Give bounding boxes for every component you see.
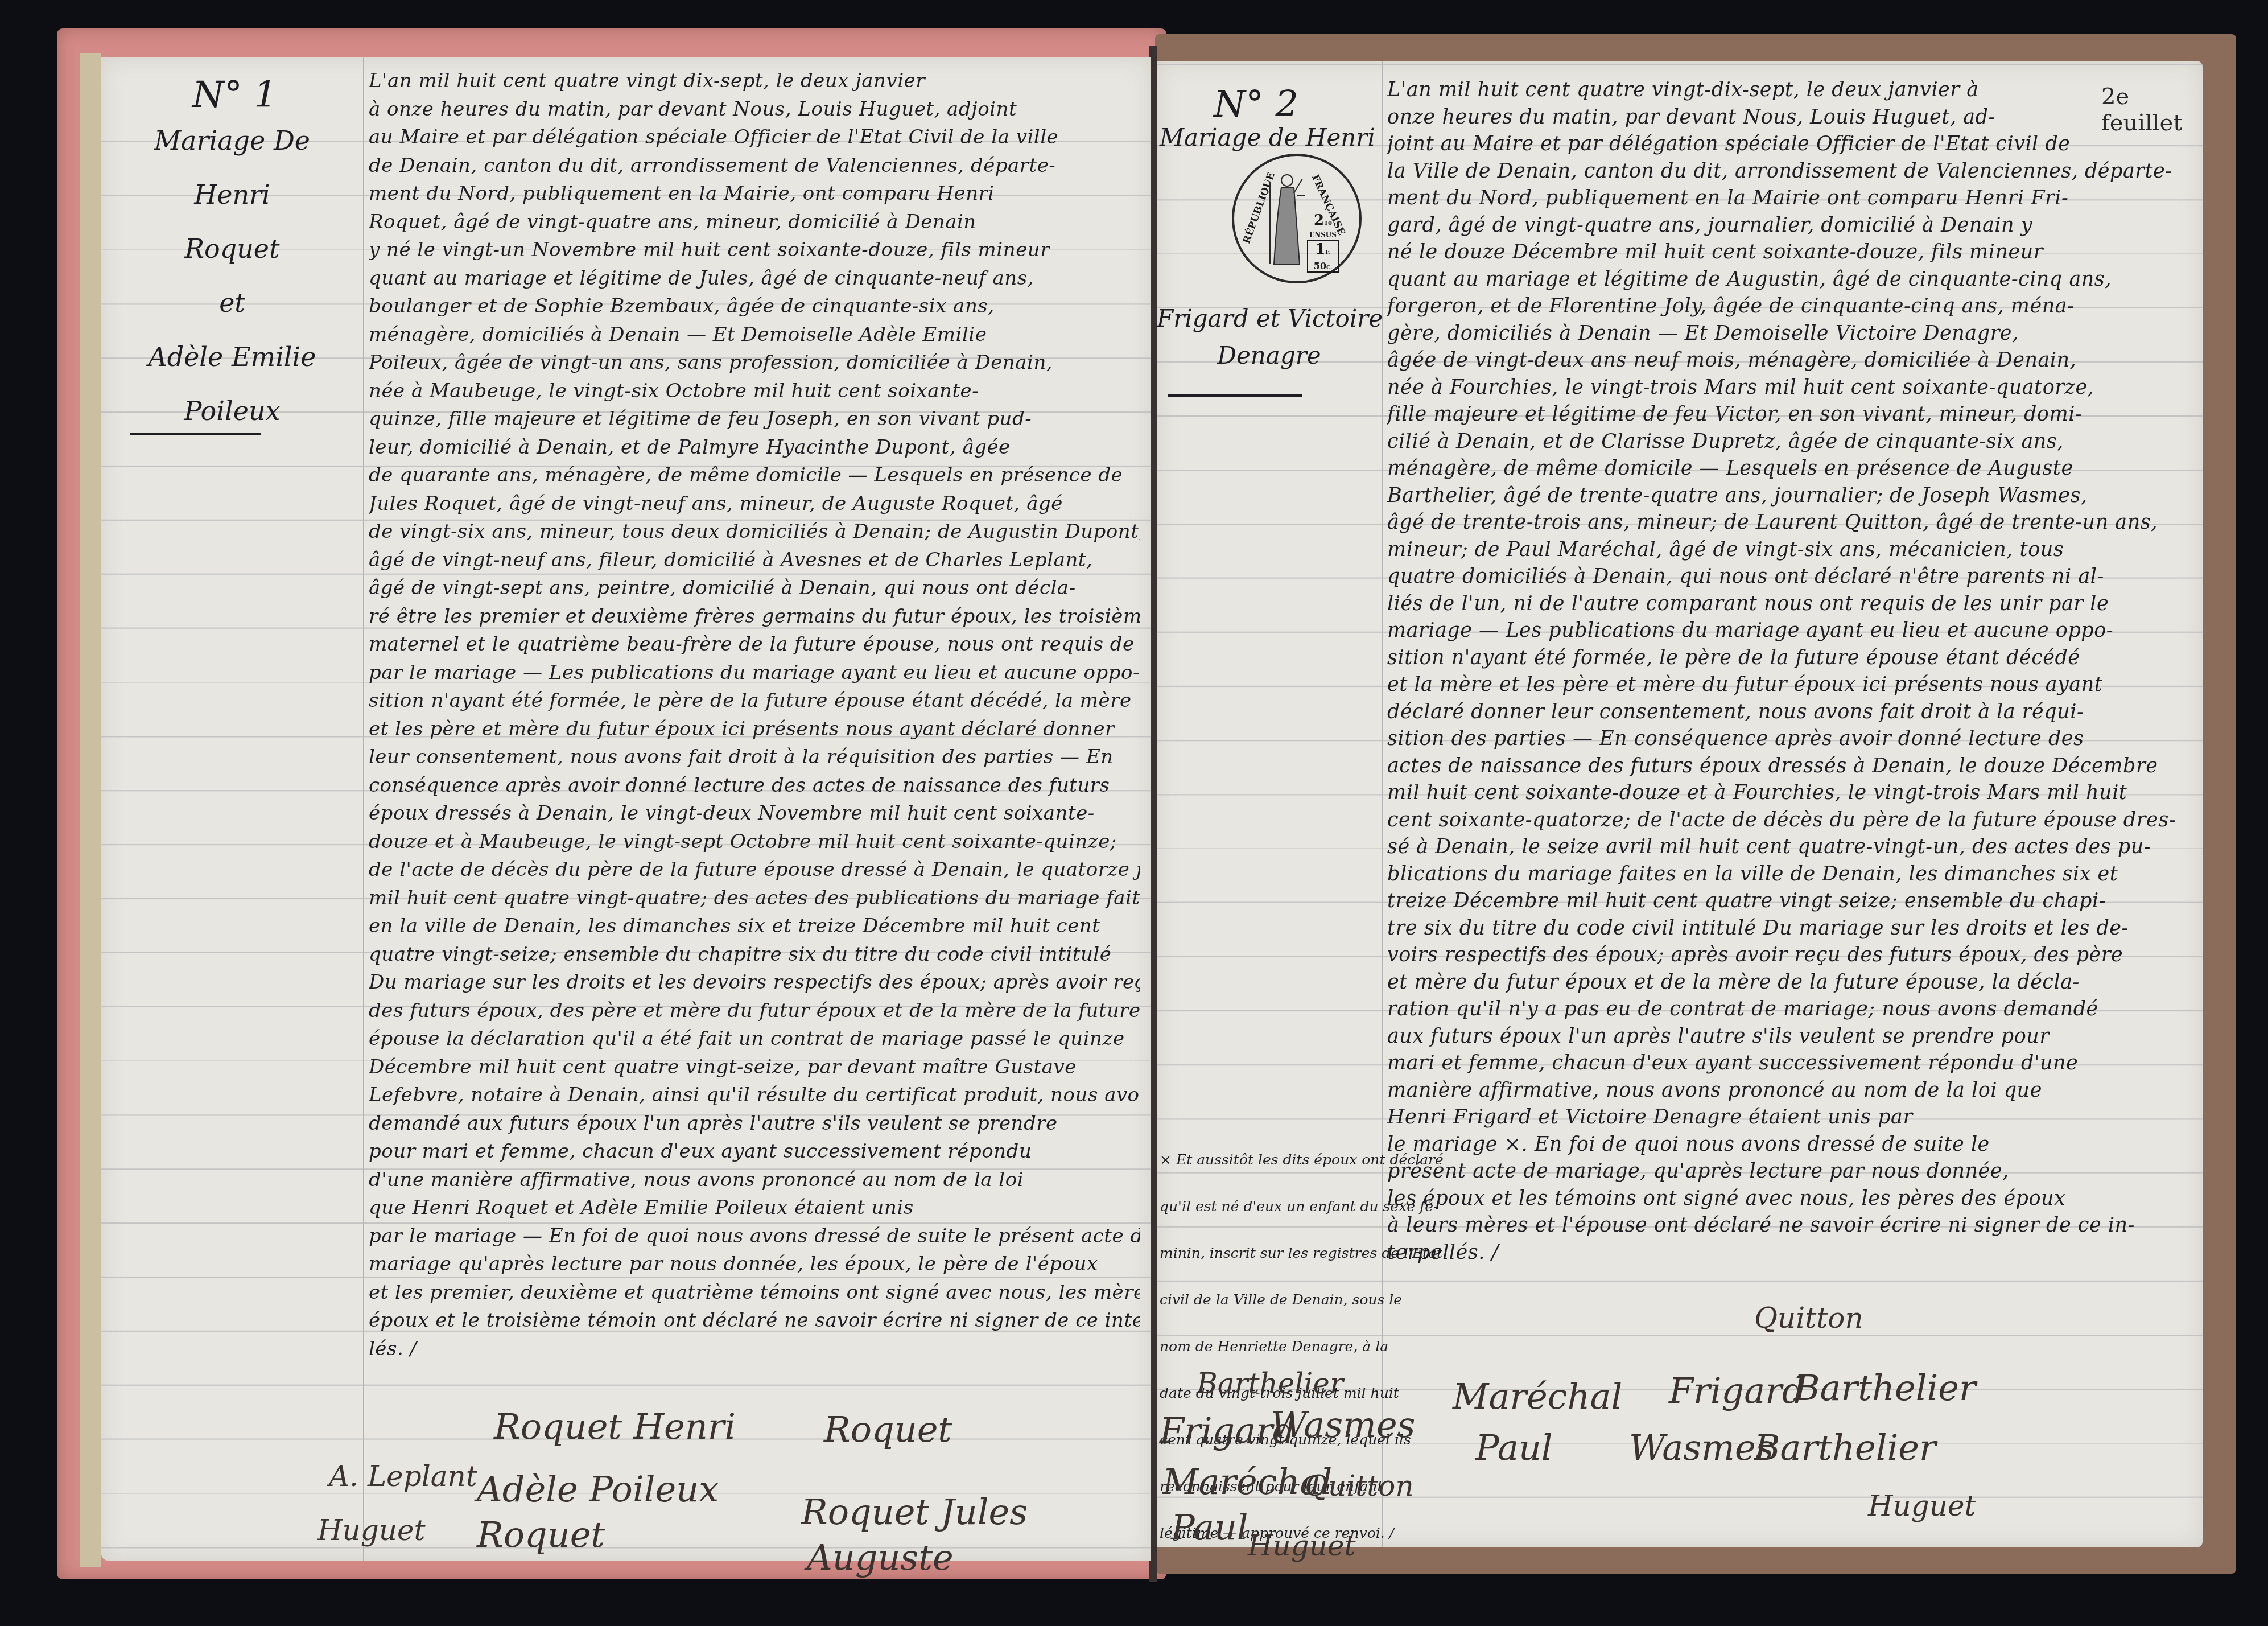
body-line: lés. /	[369, 1335, 1140, 1364]
body-line: Barthelier, âgé de trente-quatre ans, jo…	[1387, 483, 2189, 510]
separator-rule	[130, 433, 261, 435]
signature: Roquet Henri	[494, 1406, 736, 1447]
margin-line	[363, 57, 364, 1561]
margin-title: Mariage de Henri	[1160, 124, 1375, 151]
body-line: L'an mil huit cent quatre vingt-dix-sept…	[1387, 77, 2189, 104]
body-line: voirs respectifs des époux; après avoir …	[1387, 942, 2189, 969]
signature: Quitton	[1754, 1302, 1863, 1335]
signature: A. Leplant	[329, 1460, 477, 1493]
body-line: terpellés. /	[1387, 1240, 2189, 1267]
body-line: les époux et les témoins ont signé avec …	[1387, 1185, 2189, 1213]
margin-title-line: Adèle Emilie	[113, 330, 352, 384]
margin-title: Mariage De Henri Roquet et Adèle Emilie …	[113, 114, 352, 438]
body-line: ment du Nord, publiquement en la Mairie …	[1387, 185, 2189, 212]
body-line: demandé aux futurs époux l'un après l'au…	[369, 1110, 1140, 1138]
body-line: époux dressés à Denain, le vingt-deux No…	[369, 800, 1140, 828]
body-line: liés de l'un, ni de l'autre comparant no…	[1387, 591, 2189, 618]
body-line: ré être les premier et deuxième frères g…	[369, 603, 1140, 631]
body-line: par le mariage — En foi de quoi nous avo…	[369, 1222, 1140, 1251]
body-line: leur consentement, nous avons fait droit…	[369, 743, 1140, 772]
body-line: ment du Nord, publiquement en la Mairie,…	[369, 180, 1140, 208]
signature: Paul	[1171, 1506, 1248, 1548]
body-line: à onze heures du matin, par devant Nous,…	[369, 96, 1140, 124]
body-line: boulanger et de Sophie Bzembaux, âgée de…	[369, 293, 1140, 321]
body-line: manière affirmative, nous avons prononcé…	[1387, 1077, 2189, 1105]
margin-title-bottom: Frigard et Victoire Denagre	[1157, 291, 1382, 382]
body-line: âgé de vingt-neuf ans, fileur, domicilié…	[369, 546, 1140, 575]
signature: Huguet	[1868, 1489, 1976, 1522]
body-line: mariage — Les publications du mariage ay…	[1387, 618, 2189, 645]
body-line: mil huit cent soixante-douze et à Fourch…	[1387, 780, 2189, 807]
body-line: déclaré donner leur consentement, nous a…	[1387, 699, 2189, 726]
body-line: que Henri Roquet et Adèle Emilie Poileux…	[369, 1194, 1140, 1222]
body-line: tre six du titre du code civil intitulé …	[1387, 915, 2189, 942]
body-line: présent acte de mariage, qu'après lectur…	[1387, 1158, 2189, 1185]
separator-rule	[1168, 394, 1302, 397]
left-page: N° 1 Mariage De Henri Roquet et Adèle Em…	[101, 57, 1151, 1561]
margin-title-line: Henri	[113, 168, 352, 222]
signature: Huguet	[1248, 1529, 1356, 1562]
stamp-value-top: 2	[1314, 212, 1324, 229]
margin-title-line: Poileux	[113, 384, 352, 438]
body-line: né le douze Décembre mil huit cent soixa…	[1387, 239, 2189, 266]
body-line: forgeron, et de Florentine Joly, âgée de…	[1387, 293, 2189, 320]
body-line: de vingt-six ans, mineur, tous deux domi…	[369, 518, 1140, 546]
body-line: gard, âgé de vingt-quatre ans, journalie…	[1387, 212, 2189, 240]
body-line: mil huit cent quatre vingt-quatre; des a…	[369, 884, 1140, 913]
body-line: L'an mil huit cent quatre vingt dix-sept…	[369, 67, 1140, 96]
body-line: et mère du futur époux et de la mère de …	[1387, 969, 2189, 997]
body-line: et les père et mère du futur époux ici p…	[369, 715, 1140, 744]
body-line: sition des parties — En conséquence aprè…	[1387, 726, 2189, 753]
body-line: cilié à Denain, et de Clarisse Dupretz, …	[1387, 429, 2189, 456]
body-line: née à Maubeuge, le vingt-six Octobre mil…	[369, 377, 1140, 406]
signature: Maréchal	[1453, 1376, 1622, 1417]
body-line: Du mariage sur les droits et les devoirs…	[369, 969, 1140, 997]
note-line: × Et aussitôt les dits époux ont déclaré	[1160, 1137, 1382, 1183]
body-line: de Denain, canton du dit, arrondissement…	[369, 152, 1140, 180]
act-body-text: L'an mil huit cent quatre vingt dix-sept…	[369, 67, 1140, 1363]
stamp-value-cents: 50	[1314, 261, 1326, 271]
note-line: civil de la Ville de Denain, sous le	[1160, 1277, 1382, 1323]
body-line: Jules Roquet, âgé de vingt-neuf ans, min…	[369, 490, 1140, 518]
body-line: quatre vingt-seize; ensemble du chapitre…	[369, 941, 1140, 969]
stamp-value-main-sup: F.	[1325, 249, 1331, 256]
body-line: cent soixante-quatorze; de l'acte de déc…	[1387, 807, 2189, 834]
body-line: d'une manière affirmative, nous avons pr…	[369, 1166, 1140, 1195]
body-line: et la mère et les père et mère du futur …	[1387, 672, 2189, 699]
signature: Barthelier	[1197, 1367, 1343, 1400]
body-line: maternel et le quatrième beau-frère de l…	[369, 631, 1140, 659]
body-line: époux et le troisième témoin ont déclaré…	[369, 1307, 1140, 1335]
fiscal-stamp: RÉPUBLIQUE FRANÇAISE 210 ENSUS 1F. 50C.	[1232, 154, 1362, 283]
body-line: Roquet, âgé de vingt-quatre ans, mineur,…	[369, 208, 1140, 237]
body-line: à leurs mères et l'épouse ont déclaré ne…	[1387, 1212, 2189, 1240]
body-line: de l'acte de décès du père de la future …	[369, 856, 1140, 884]
marianne-figure-icon	[1265, 170, 1305, 267]
body-line: aux futurs époux l'un après l'autre s'il…	[1387, 1023, 2189, 1051]
signature: Quitton	[1305, 1469, 1414, 1502]
stamp-value: 210 ENSUS 1F. 50C.	[1307, 213, 1339, 270]
stamp-value-den: 10	[1324, 220, 1332, 227]
signature: Roquet	[477, 1514, 605, 1555]
body-line: actes de naissance des futurs époux dres…	[1387, 753, 2189, 780]
body-line: des futurs époux, des père et mère du fu…	[369, 997, 1140, 1026]
stamp-value-cents-sup: C.	[1326, 265, 1332, 271]
body-line: quatre domiciliés à Denain, qui nous ont…	[1387, 563, 2189, 591]
body-line: Henri Frigard et Victoire Denagre étaien…	[1387, 1104, 2189, 1131]
body-line: âgé de trente-trois ans, mineur; de Laur…	[1387, 509, 2189, 537]
body-line: ménagère, de même domicile — Lesquels en…	[1387, 455, 2189, 483]
body-line: ménagère, domiciliés à Denain — Et Demoi…	[369, 321, 1140, 349]
body-line: y né le vingt-un Novembre mil huit cent …	[369, 236, 1140, 265]
signature: Wasmes	[1629, 1427, 1774, 1468]
margin-title-line: Roquet	[113, 222, 352, 276]
right-page: N° 2 Mariage de Henri Frigard et Victoir…	[1157, 61, 2203, 1547]
body-line: Lefebvre, notaire à Denain, ainsi qu'il …	[369, 1081, 1140, 1110]
body-line: sition n'ayant été formée, le père de la…	[369, 687, 1140, 715]
body-line: ration qu'il n'y a pas eu de contrat de …	[1387, 996, 2189, 1023]
body-line: treize Décembre mil huit cent quatre vin…	[1387, 888, 2189, 915]
signature: Roquet	[824, 1409, 952, 1450]
body-line: en la ville de Denain, les dimanches six…	[369, 912, 1140, 941]
body-line: joint au Maire et par délégation spécial…	[1387, 131, 2189, 158]
body-line: mariage qu'après lecture par nous donnée…	[369, 1250, 1140, 1279]
body-line: quant au mariage et légitime de Augustin…	[1387, 266, 2189, 294]
act-number: N° 2	[1214, 84, 1298, 126]
body-line: quinze, fille majeure et légitime de feu…	[369, 405, 1140, 434]
body-line: au Maire et par délégation spéciale Offi…	[369, 124, 1140, 152]
body-line: fille majeure et légitime de feu Victor,…	[1387, 401, 2189, 429]
body-line: mineur; de Paul Maréchal, âgé de vingt-s…	[1387, 537, 2189, 564]
margin-line	[1382, 61, 1383, 1547]
body-line: sé à Denain, le seize avril mil huit cen…	[1387, 834, 2189, 861]
signature: Paul	[1475, 1427, 1553, 1468]
margin-title-line: Mariage De	[113, 114, 352, 168]
body-line: blications du mariage faites en la ville…	[1387, 861, 2189, 888]
margin-title-line: et	[113, 276, 352, 330]
body-line: âgé de vingt-sept ans, peintre, domicili…	[369, 574, 1140, 603]
body-line: Poileux, âgée de vingt-un ans, sans prof…	[369, 349, 1140, 377]
note-line: qu'il est né d'eux un enfant du sexe fé-	[1160, 1183, 1382, 1230]
note-line: minin, inscrit sur les registres de l'Et…	[1160, 1230, 1382, 1277]
stamp-value-main: 1	[1315, 241, 1325, 258]
signature: Wasmes	[1271, 1404, 1415, 1446]
body-line: quant au mariage et légitime de Jules, â…	[369, 265, 1140, 293]
signature: Auguste	[807, 1537, 954, 1578]
note-line: nom de Henriette Denagre, à la	[1160, 1323, 1382, 1370]
stamp-value-label: ENSUS	[1307, 231, 1339, 239]
body-line: onze heures du matin, par devant Nous, L…	[1387, 104, 2189, 131]
body-line: née à Fourchies, le vingt-trois Mars mil…	[1387, 374, 2189, 402]
body-line: âgée de vingt-deux ans neuf mois, ménagè…	[1387, 347, 2189, 374]
signature: Barthelier	[1754, 1427, 1936, 1468]
body-line: leur, domicilié à Denain, et de Palmyre …	[369, 434, 1140, 462]
body-line: conséquence après avoir donné lecture de…	[369, 772, 1140, 800]
body-line: le mariage ×. En foi de quoi nous avons …	[1387, 1131, 2189, 1159]
signature: Adèle Poileux	[477, 1468, 719, 1510]
body-line: par le mariage — Les publications du mar…	[369, 659, 1140, 688]
signature: Roquet Jules	[801, 1491, 1028, 1533]
body-line: mari et femme, chacun d'eux ayant succes…	[1387, 1050, 2189, 1077]
body-line: de quarante ans, ménagère, de même domic…	[369, 462, 1140, 490]
body-line: la Ville de Denain, canton du dit, arron…	[1387, 158, 2189, 186]
body-line: gère, domiciliés à Denain — Et Demoisell…	[1387, 320, 2189, 348]
body-line: Décembre mil huit cent quatre vingt-seiz…	[369, 1053, 1140, 1082]
act-number: N° 1	[192, 74, 277, 116]
body-line: pour mari et femme, chacun d'eux ayant s…	[369, 1138, 1140, 1166]
body-line: sition n'ayant été formée, le père de la…	[1387, 645, 2189, 672]
act-body-text: L'an mil huit cent quatre vingt-dix-sept…	[1387, 77, 2189, 1266]
signature: Frigard	[1669, 1370, 1804, 1411]
body-line: douze et à Maubeuge, le vingt-sept Octob…	[369, 828, 1140, 857]
body-line: épouse la déclaration qu'il a été fait u…	[369, 1025, 1140, 1053]
signature: Barthelier	[1794, 1367, 1976, 1409]
signature: Huguet	[317, 1514, 426, 1547]
body-line: et les premier, deuxième et quatrième té…	[369, 1279, 1140, 1307]
